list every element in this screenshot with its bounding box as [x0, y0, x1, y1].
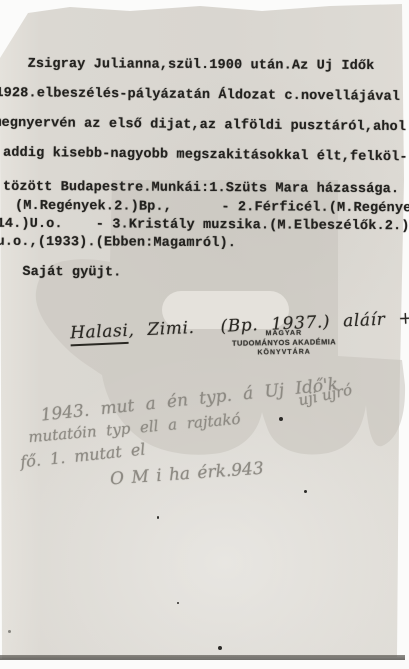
- ink-speck: [279, 417, 283, 421]
- typed-line: tözött Budapestre.Munkái:1.Szüts Mara há…: [3, 180, 399, 197]
- library-stamp: MAGYAR TUDOMÁNYOS AKADÉMIA KÖNYVTÁRA: [224, 328, 344, 358]
- typed-line: u.o.,(1933).(Ebben:Magamról).: [0, 235, 236, 251]
- ink-speck: [218, 646, 222, 650]
- handwritten-name: Halasi: [70, 321, 129, 347]
- ink-speck: [8, 630, 11, 633]
- stamp-line: KÖNYVTÁRA: [224, 347, 344, 358]
- typed-line: Zsigray Julianna,szül.1900 után.Az Uj Id…: [28, 57, 375, 74]
- typed-line: (M.Regények.2.)Bp., - 2.Férficél.(M.Regé…: [7, 199, 409, 217]
- scanned-catalog-card: Zsigray Julianna,szül.1900 után.Az Uj Id…: [0, 0, 409, 669]
- typed-line: 14.)U.o. - 3.Kristály muzsika.(M.Elbeszé…: [0, 217, 409, 235]
- ink-speck: [177, 602, 179, 604]
- card-bottom-edge-shadow: [0, 655, 405, 660]
- typed-line: Saját gyüjt.: [22, 265, 121, 281]
- ink-speck: [304, 490, 307, 493]
- ink-speck: [157, 516, 159, 519]
